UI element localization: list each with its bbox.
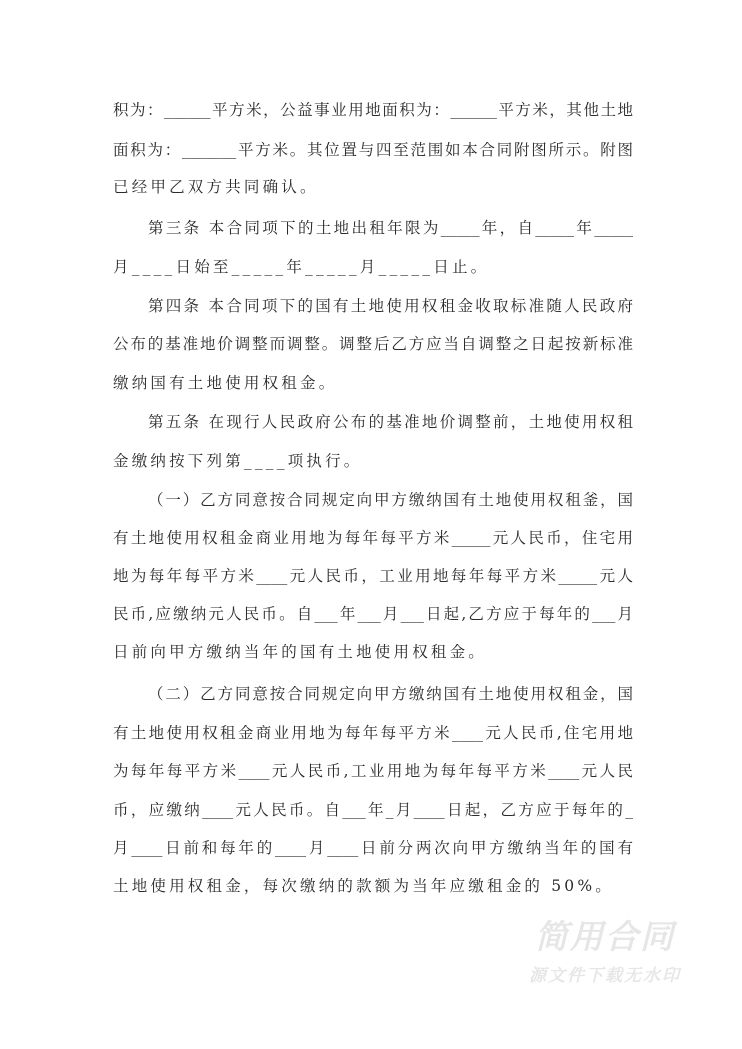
article-3-line-1: 第三条 本合同项下的土地出租年限为_____年，自_____年_____	[148, 216, 633, 240]
option-2-line-1: （二）乙方同意按合同规定向甲方缴纳国有土地使用权租金，国	[148, 682, 633, 706]
article-4-line-3: 缴纳国有土地使用权租金。	[113, 371, 633, 395]
option-1-line-3: 地为每年每平方米____元人民币，工业用地每年每平方米_____元人	[113, 564, 633, 588]
option-1-line-2: 有土地使用权租金商业用地为每年每平方米_____元人民币，住宅用	[113, 526, 633, 550]
watermark-subtitle: 源文件下载无水印	[510, 961, 700, 991]
article-4-line-1: 第四条 本合同项下的国有土地使用权租金收取标准随人民政府	[148, 294, 633, 318]
option-1-line-4: 民币,应缴纳元人民币。自___年___月___日起,乙方应于每年的___月	[113, 602, 633, 626]
option-2-line-5: 月____日前和每年的____月____日前分两次向甲方缴纳当年的国有	[113, 836, 633, 860]
article-3-line-2: 月____日始至_____年_____月_____日止。	[113, 255, 633, 279]
text-line-confirmed: 已经甲乙双方共同确认。	[113, 175, 633, 199]
option-2-line-6: 土地使用权租金，每次缴纳的款额为当年应缴租金的 50%。	[113, 874, 633, 898]
option-2-line-2: 有土地使用权租金商业用地为每年每平方米____元人民币,住宅用地	[113, 721, 633, 745]
option-1-line-5: 日前向甲方缴纳当年的国有土地使用权租金。	[113, 640, 633, 664]
text-line-location: 面积为：_______平方米。其位置与四至范围如本合同附图所示。附图	[113, 138, 633, 162]
text-line-area-continued: 积为：______平方米，公益事业用地面积为：______平方米，其他土地	[113, 98, 633, 122]
option-1-line-1: （一）乙方同意按合同规定向甲方缴纳国有土地使用权租釜，国	[148, 488, 633, 512]
option-2-line-3: 为每年每平方米____元人民币,工业用地为每年每平方米____元人民	[113, 759, 633, 783]
document-page: 积为：______平方米，公益事业用地面积为：______平方米，其他土地 面积…	[0, 0, 742, 1049]
watermark-title: 简用合同	[510, 915, 700, 959]
option-2-line-4: 币，应缴纳____元人民币。自___年_月____日起，乙方应于每年的_	[113, 798, 633, 822]
article-5-line-2: 金缴纳按下列第____项执行。	[113, 449, 633, 473]
article-4-line-2: 公布的基准地价调整而调整。调整后乙方应当自调整之日起按新标准	[113, 332, 633, 356]
watermark: 简用合同 源文件下载无水印	[510, 915, 700, 991]
article-5-line-1: 第五条 在现行人民政府公布的基准地价调整前，土地使用权租	[148, 410, 633, 434]
